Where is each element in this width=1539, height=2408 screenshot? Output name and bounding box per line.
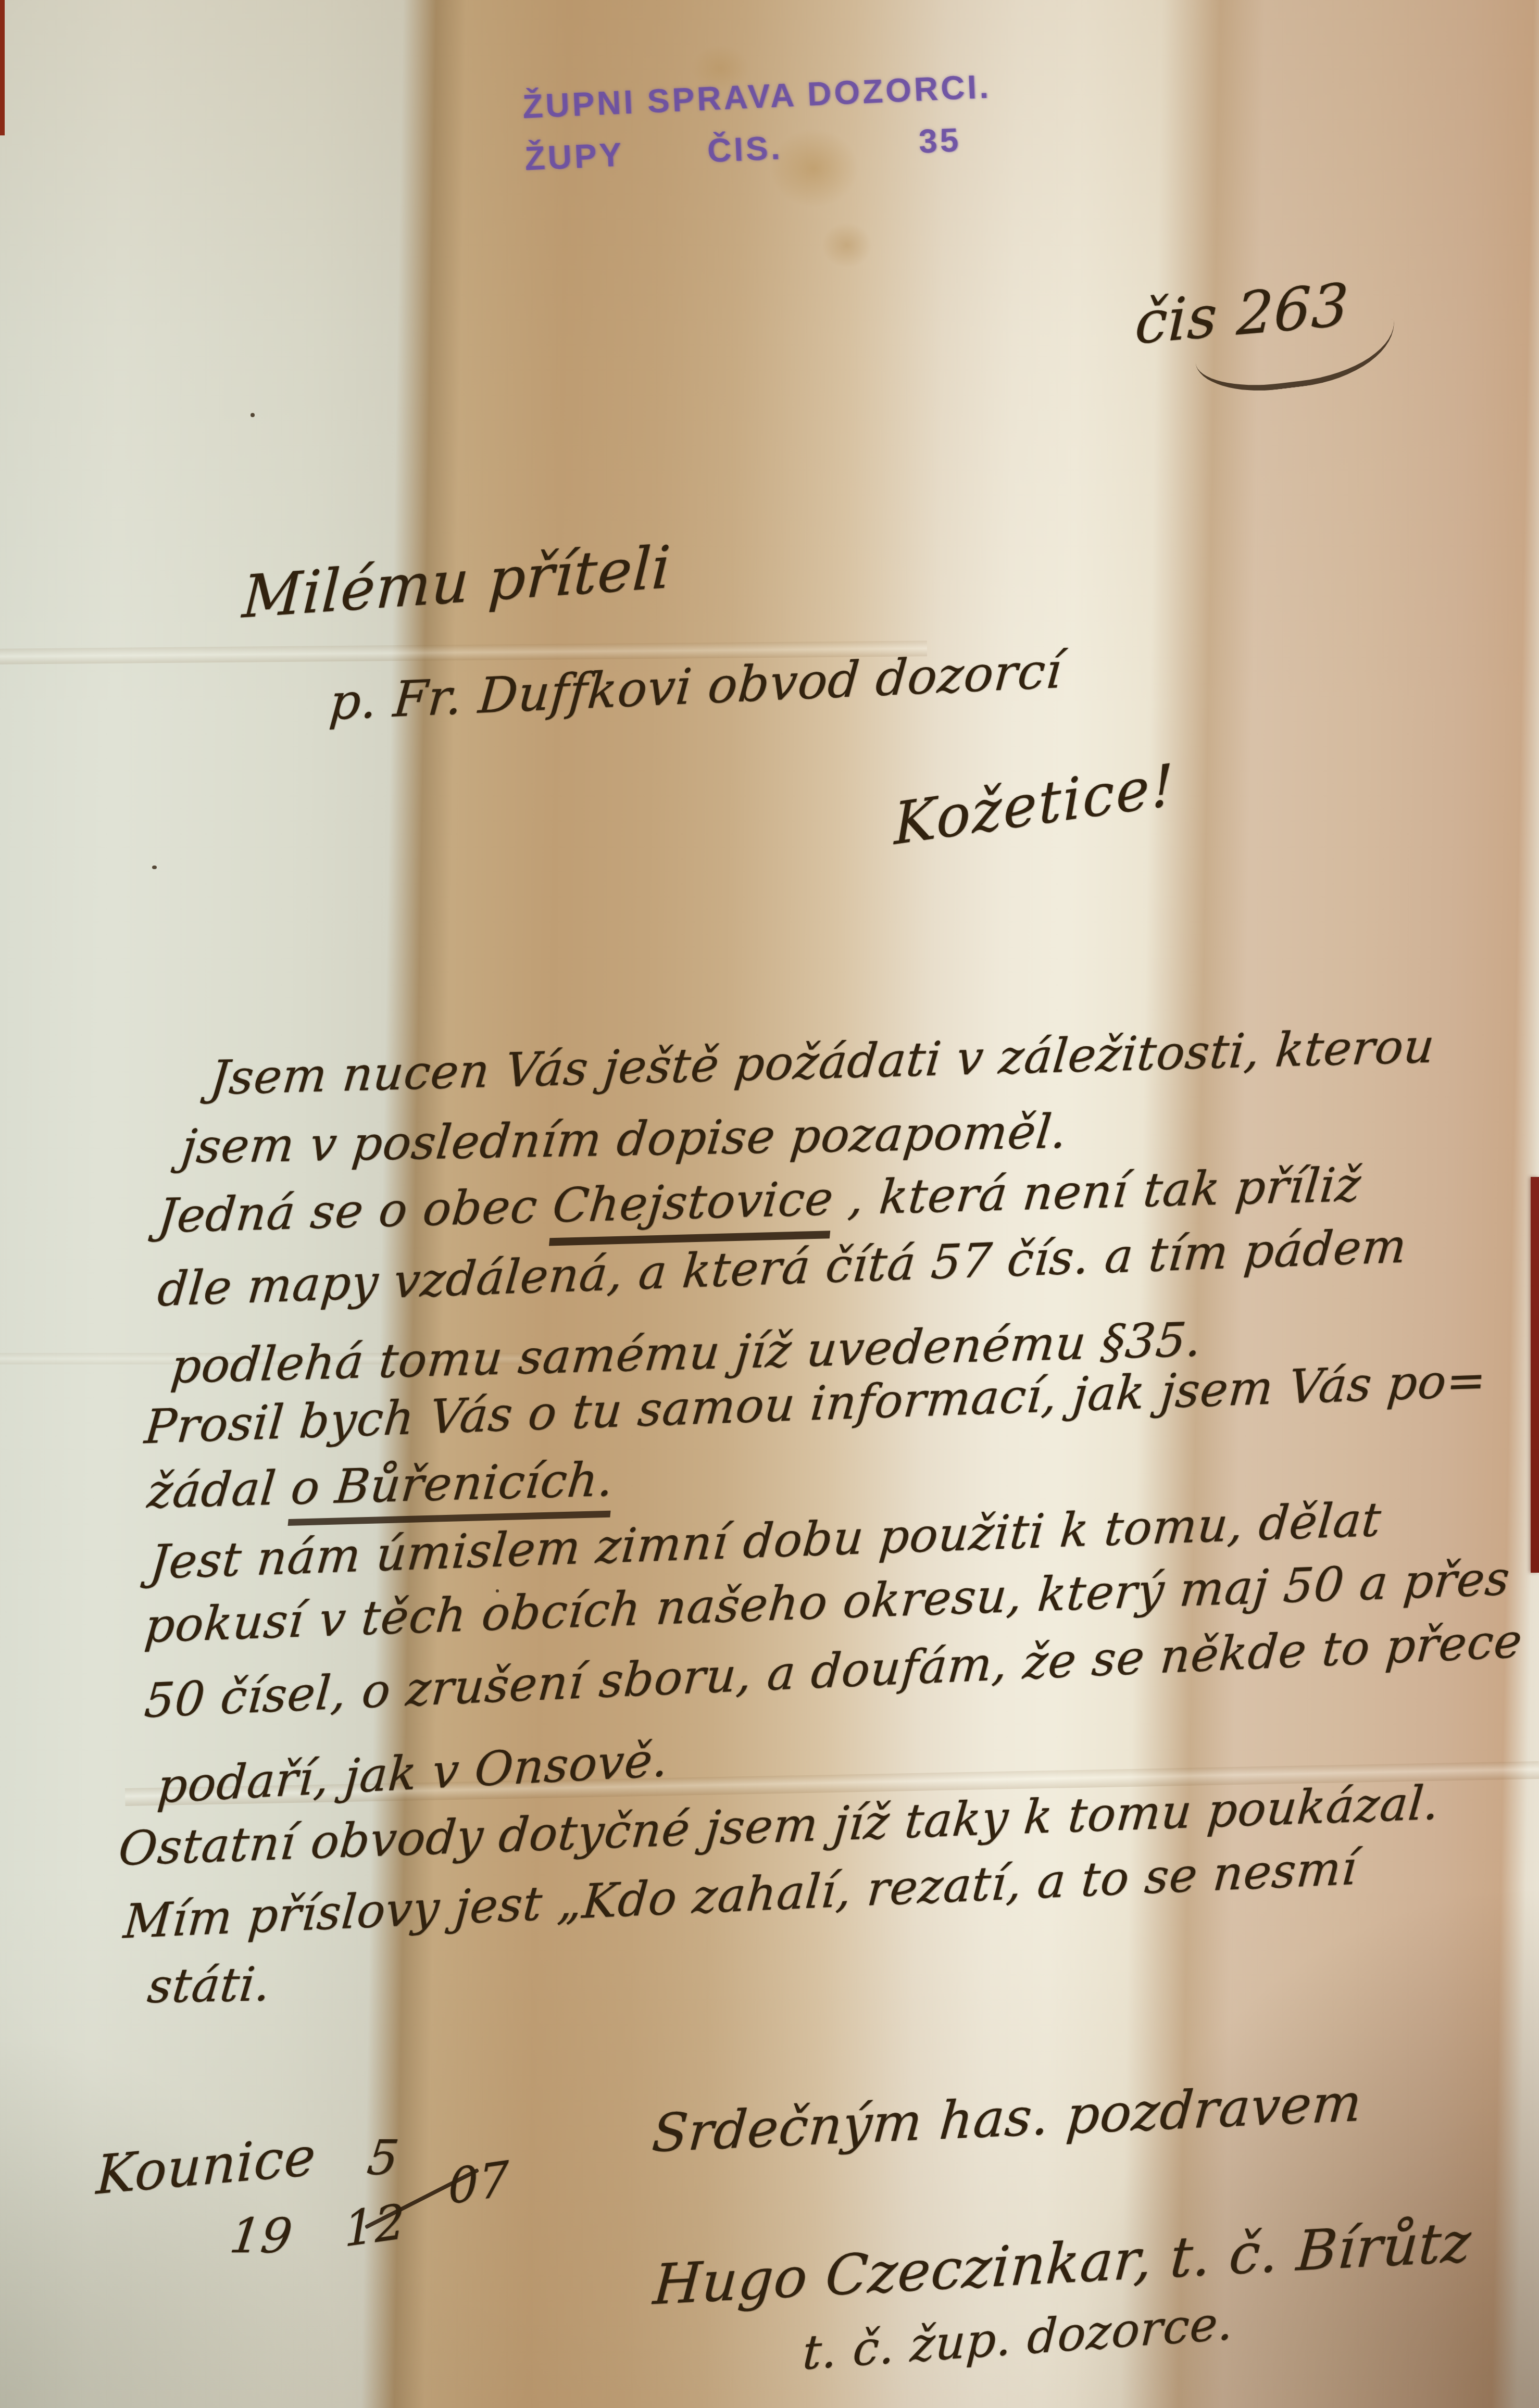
- date-year-left: 19: [230, 2208, 292, 2264]
- paper-speck: [152, 866, 157, 869]
- stamp-line1: ŽUPNI SPRAVA DOZORCI.: [522, 67, 992, 126]
- stamp-number: 35: [918, 120, 961, 160]
- background-edge-right: [1531, 1177, 1539, 1573]
- salutation: Milému příteli: [240, 534, 673, 631]
- closing-line: Srdečným has. pozdravem: [651, 2072, 1363, 2164]
- paper-stain: [822, 223, 872, 268]
- letter-photo: ŽUPNI SPRAVA DOZORCI. ŽUPY ČIS. 35 čis 2…: [0, 0, 1539, 2408]
- village-name-underlined: o Bůřenicích.: [287, 1452, 616, 1526]
- place-heading: Kožetice!: [889, 751, 1180, 857]
- background-edge-top-left: [0, 0, 5, 135]
- paper-speck: [251, 413, 255, 417]
- official-stamp: ŽUPNI SPRAVA DOZORCI. ŽUPY ČIS. 35: [522, 67, 994, 178]
- letter-line: jsem v posledním dopise pozapoměl.: [181, 1104, 1068, 1174]
- signature-title: t. č. žup. dozorce.: [801, 2296, 1235, 2380]
- date-place: Kounice: [94, 2126, 319, 2206]
- stamp-zupy: ŽUPY: [524, 135, 625, 178]
- stamp-line2: ŽUPY ČIS. 35: [524, 119, 994, 178]
- signature-name: Hugo Czeczinkar, t. č. Bírůtz: [652, 2210, 1473, 2317]
- letter-line: podaří, jak v Onsově.: [156, 1733, 670, 1814]
- date-day: 5: [368, 2130, 399, 2186]
- letter-line: státi.: [147, 1957, 271, 2014]
- date-month: 12: [340, 2193, 409, 2257]
- letter-line: žádal o Bůřenicích.: [147, 1452, 614, 1519]
- stamp-cis: ČIS.: [706, 128, 783, 170]
- village-name-underlined: Chejstovice: [549, 1171, 836, 1246]
- addressee-line: p. Fr. Duffkovi obvod dozorcí: [328, 643, 1063, 731]
- date-year-right: 07: [444, 2151, 514, 2215]
- letter-line: Jsem nucen Vás ještě požádati v záležito…: [209, 1019, 1435, 1106]
